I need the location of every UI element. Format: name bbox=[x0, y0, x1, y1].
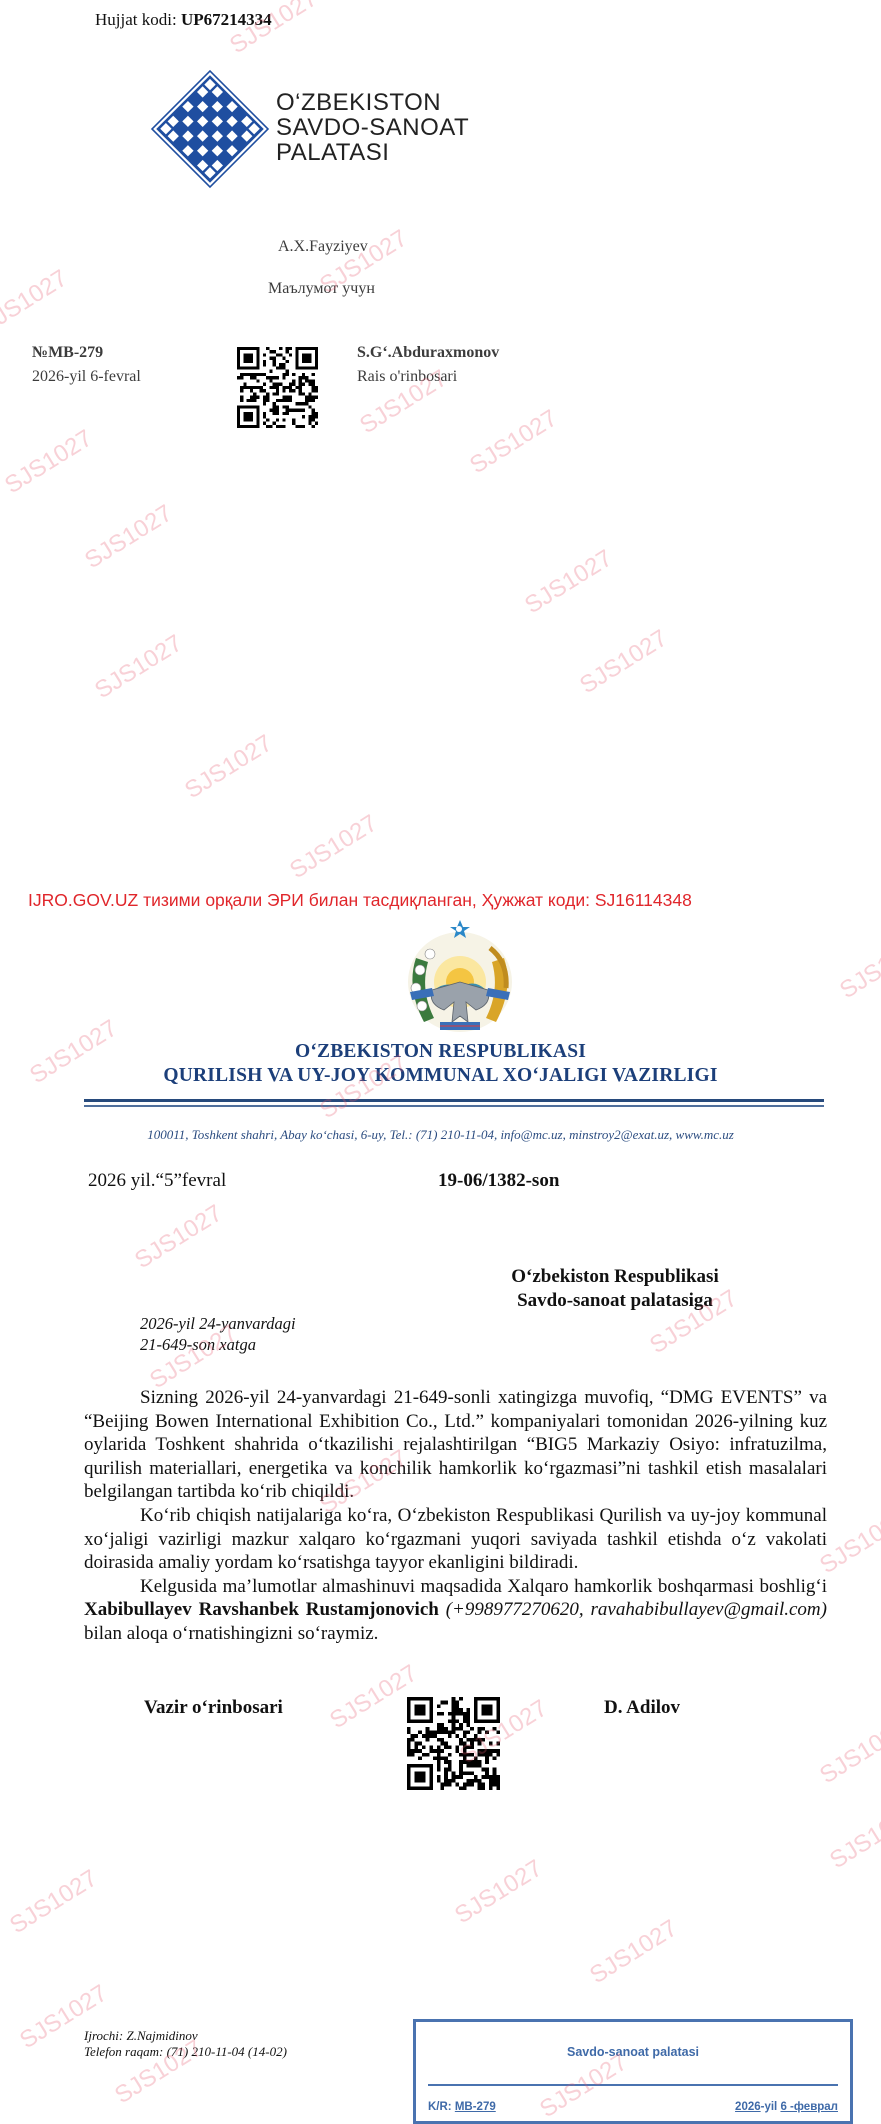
watermark: SJS1027 bbox=[90, 630, 187, 705]
state-emblem-icon bbox=[402, 918, 518, 1036]
executor-name: Ijrochi: Z.Najmidinov bbox=[84, 2028, 287, 2044]
logo-line: SAVDO-SANOAT bbox=[276, 115, 469, 140]
document-code-label: Hujjat kodi: bbox=[95, 10, 177, 29]
document-code: Hujjat kodi: UP67214334 bbox=[95, 10, 272, 30]
signature-role: Vazir o‘rinbosari bbox=[144, 1697, 283, 1719]
watermark: SJS1027 bbox=[450, 1855, 547, 1930]
reference-line2: 21-649-son xatga bbox=[140, 1335, 256, 1355]
stamp-organization: Savdo-sanoat palatasi bbox=[416, 2045, 850, 2059]
body-paragraph: Kelgusida ma’lumotlar almashinuvi maqsad… bbox=[84, 1575, 827, 1646]
watermark: SJS1027 bbox=[815, 1715, 881, 1790]
watermark: SJS1027 bbox=[285, 810, 382, 885]
letter-number: 19-06/1382-son bbox=[438, 1170, 559, 1192]
watermark: SJS1027 bbox=[825, 1800, 881, 1875]
executor-phone: Telefon raqam: (71) 210-11-04 (14-02) bbox=[84, 2044, 287, 2060]
watermark: SJS1027 bbox=[130, 1200, 227, 1275]
paragraph-text: Kelgusida ma’lumotlar almashinuvi maqsad… bbox=[140, 1576, 827, 1597]
contact-name: Xabibullayev Ravshanbek Rustamjonovich bbox=[84, 1599, 439, 1620]
signature-name: D. Adilov bbox=[604, 1697, 680, 1719]
watermark: SJS1027 bbox=[585, 1915, 682, 1990]
letter-date: 2026 yil.“5”fevral bbox=[88, 1170, 226, 1192]
recipient-line1: O‘zbekiston Respublikasi bbox=[480, 1266, 750, 1288]
ministry-address: 100011, Toshkent shahri, Abay ko‘chasi, … bbox=[0, 1127, 881, 1143]
executor-info: Ijrochi: Z.Najmidinov Telefon raqam: (71… bbox=[84, 2028, 287, 2060]
stamp-kr-label: K/R: bbox=[428, 2101, 452, 2113]
stamp-date-year: 2026 bbox=[735, 2101, 761, 2113]
resolution-note: Маълумот учун bbox=[268, 280, 375, 298]
paragraph-text: bilan aloqa o‘rnatishingizni so‘raymiz. bbox=[84, 1623, 378, 1644]
watermark: SJS1027 bbox=[0, 425, 97, 500]
resolution-signer-name: S.G‘.Abduraxmonov bbox=[357, 344, 499, 362]
watermark: SJS1027 bbox=[465, 405, 562, 480]
registration-number: №MB-279 bbox=[32, 344, 103, 362]
stamp-kr-value: MB-279 bbox=[455, 2101, 496, 2113]
logo-line: O‘ZBEKISTON bbox=[276, 90, 469, 115]
document-code-value: UP67214334 bbox=[181, 10, 272, 29]
watermark: SJS1027 bbox=[835, 930, 881, 1005]
watermark: SJS1027 bbox=[5, 1865, 102, 1940]
watermark: SJS1027 bbox=[80, 500, 177, 575]
stamp-divider bbox=[428, 2084, 838, 2086]
watermark: SJS1027 bbox=[520, 545, 617, 620]
resolution-signer-title: Rais o'rinbosari bbox=[357, 368, 457, 386]
body-paragraph: Sizning 2026-yil 24-yanvardagi 21-649-so… bbox=[84, 1386, 827, 1504]
watermark: SJS1027 bbox=[0, 265, 73, 340]
letter-body: Sizning 2026-yil 24-yanvardagi 21-649-so… bbox=[84, 1386, 827, 1646]
ministry-title-line1: O‘ZBEKISTON RESPUBLIKASI bbox=[0, 1041, 881, 1063]
watermark: SJS1027 bbox=[575, 625, 672, 700]
stamp-date-year-suffix: -yil bbox=[761, 2101, 778, 2113]
contact-details: (+998977270620, ravahabibullayev@gmail.c… bbox=[439, 1599, 827, 1620]
stamp-kr: K/R: MB-279 bbox=[428, 2101, 496, 2113]
chamber-logo-text: O‘ZBEKISTON SAVDO-SANOAT PALATASI bbox=[276, 90, 469, 165]
resolution-addressee: A.X.Fayziyev bbox=[278, 238, 368, 256]
watermark: SJS1027 bbox=[225, 0, 322, 60]
header-divider bbox=[84, 1099, 824, 1102]
logo-line: PALATASI bbox=[276, 140, 469, 165]
body-paragraph: Ko‘rib chiqish natijalariga ko‘ra, O‘zbe… bbox=[84, 1504, 827, 1575]
stamp-date: 2026-yil 6 -феврал bbox=[735, 2101, 838, 2113]
registration-stamp: Savdo-sanoat palatasi K/R: MB-279 2026-y… bbox=[413, 2019, 853, 2124]
verification-line: IJRO.GOV.UZ тизими орқали ЭРИ билан тасд… bbox=[28, 890, 692, 911]
registration-date: 2026-yil 6-fevral bbox=[32, 368, 141, 386]
recipient-line2: Savdo-sanoat palatasiga bbox=[480, 1290, 750, 1312]
chamber-logo-icon bbox=[150, 68, 270, 190]
watermark: SJS1027 bbox=[180, 730, 277, 805]
header-divider bbox=[84, 1105, 824, 1107]
reference-line1: 2026-yil 24-yanvardagi bbox=[140, 1314, 296, 1334]
ministry-title-line2: QURILISH VA UY-JOY KOMMUNAL XO‘JALIGI VA… bbox=[0, 1065, 881, 1087]
stamp-date-day: 6 -феврал bbox=[780, 2101, 838, 2113]
qr-code-icon bbox=[237, 347, 318, 428]
qr-code-icon bbox=[407, 1697, 500, 1790]
